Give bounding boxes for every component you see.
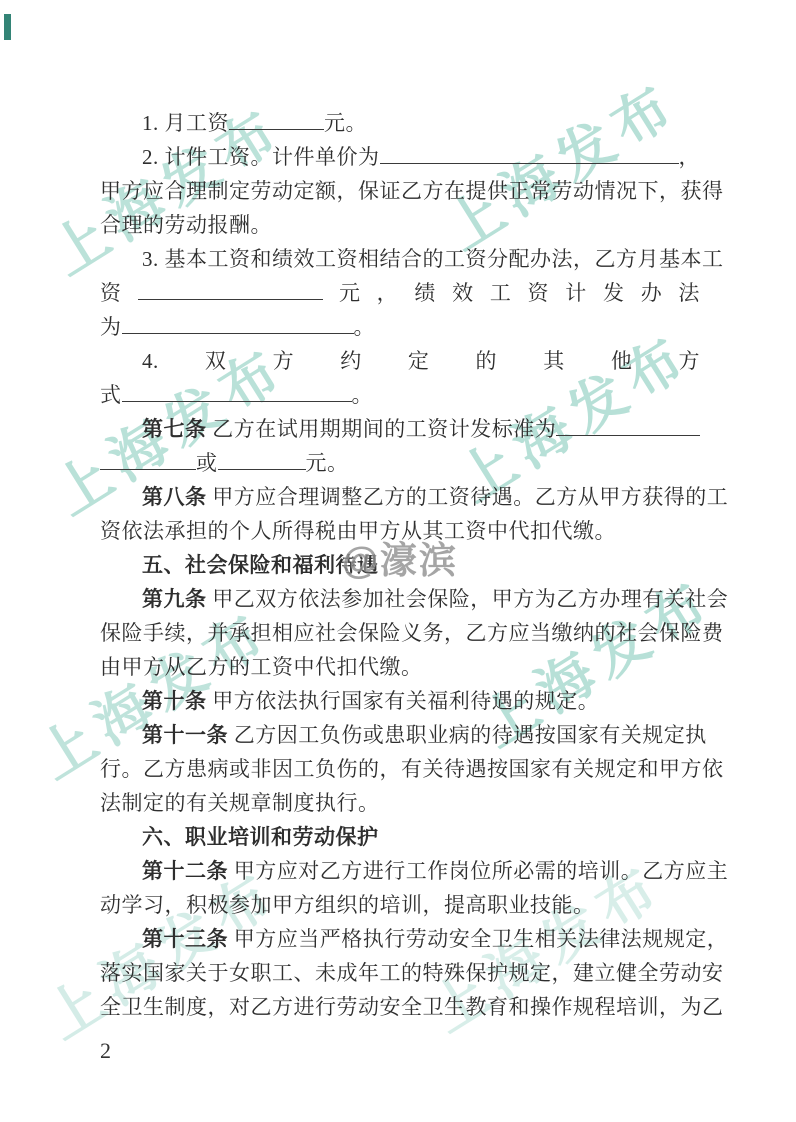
clause-text: 效 [452, 276, 474, 310]
doc-line: 全卫生制度，对乙方进行劳动安全卫生教育和操作规程培训，为乙 [100, 990, 700, 1024]
clause-text: 元。 [306, 451, 349, 475]
doc-line: 甲方应合理制定劳动定额，保证乙方在提供正常劳动情况下，获得 [100, 174, 700, 208]
blank-underline [229, 126, 324, 130]
clause-text: 乙方因工负伤或患职业病的待遇按国家有关规定执 [228, 723, 707, 747]
clause-heading-text: 第九条 [142, 588, 207, 611]
clause-text: 的 [476, 344, 498, 378]
clause-text: 甲乙双方依法参加社会保险，甲方为乙方办理有关社会 [207, 587, 729, 611]
clause-text: 法制定的有关规章制度执行。 [100, 791, 380, 815]
clause-text: 甲方依法执行国家有关福利待遇的规定。 [207, 689, 600, 713]
clause-text: ， [679, 140, 701, 174]
doc-line: 资元，绩效工资计发办法 [100, 276, 700, 310]
clause-text: ， [377, 276, 399, 310]
page-number: 2 [100, 1038, 111, 1064]
clause-text: 法 [678, 276, 700, 310]
clause-text: 绩 [414, 276, 436, 310]
clause-heading-text: 五、社会保险和福利待遇 [142, 554, 379, 577]
clause-text: 其 [543, 344, 565, 378]
doc-line: 第十二条 甲方应对乙方进行工作岗位所必需的培训。乙方应主 [100, 854, 700, 888]
clause-text: 2. 计件工资。计件单价为 [142, 140, 380, 174]
clause-heading-text: 第八条 [142, 486, 207, 509]
clause-text: 元 [339, 276, 361, 310]
clause-text: 4. [142, 344, 159, 378]
clause-text: 甲方应合理调整乙方的工资待遇。乙方从甲方获得的工 [207, 485, 729, 509]
doc-line: 1. 月工资元。 [100, 106, 700, 140]
clause-text: 为 [100, 315, 122, 339]
blank-underline [122, 398, 352, 402]
doc-line: 资依法承担的个人所得税由甲方从其工资中代扣代缴。 [100, 514, 700, 548]
clause-text: 保险手续，并承担相应社会保险义务，乙方应当缴纳的社会保险费 [100, 621, 724, 645]
clause-text: 甲方应合理制定劳动定额，保证乙方在提供正常劳动情况下，获得 [100, 179, 724, 203]
contract-text-body: 1. 月工资元。2. 计件工资。计件单价为，甲方应合理制定劳动定额，保证乙方在提… [100, 106, 700, 1024]
doc-line: 五、社会保险和福利待遇 [100, 548, 700, 582]
clause-text: 甲方应对乙方进行工作岗位所必需的培训。乙方应主 [228, 859, 728, 883]
clause-text: 办 [641, 276, 663, 310]
doc-line: 第八条 甲方应合理调整乙方的工资待遇。乙方从甲方获得的工 [100, 480, 700, 514]
doc-line: 六、职业培训和劳动保护 [100, 820, 700, 854]
clause-text: 他 [611, 344, 633, 378]
doc-line: 第十一条 乙方因工负伤或患职业病的待遇按国家有关规定执 [100, 718, 700, 752]
blank-underline [218, 466, 306, 470]
blank-underline [122, 330, 354, 334]
clause-text: 落实国家关于女职工、未成年工的特殊保护规定，建立健全劳动安 [100, 961, 724, 985]
clause-text: 方 [679, 344, 701, 378]
doc-line: 动学习，积极参加甲方组织的培训，提高职业技能。 [100, 888, 700, 922]
clause-text: 计 [565, 276, 587, 310]
clause-text: 行。乙方患病或非因工负伤的，有关待遇按国家有关规定和甲方依 [100, 757, 724, 781]
doc-line: 或元。 [100, 446, 700, 480]
scan-corner-mark [4, 14, 11, 40]
doc-line: 2. 计件工资。计件单价为， [100, 140, 700, 174]
doc-line: 3. 基本工资和绩效工资相结合的工资分配办法，乙方月基本工 [100, 242, 700, 276]
clause-heading-text: 第十条 [142, 690, 207, 713]
clause-text: 定 [408, 344, 430, 378]
blank-underline [100, 466, 196, 470]
doc-line: 第七条 乙方在试用期期间的工资计发标准为 [100, 412, 700, 446]
doc-line: 4.双方约定的其他方 [100, 344, 700, 378]
clause-text: 约 [340, 344, 362, 378]
doc-line: 落实国家关于女职工、未成年工的特殊保护规定，建立健全劳动安 [100, 956, 700, 990]
doc-line: 法制定的有关规章制度执行。 [100, 786, 700, 820]
clause-heading-text: 第十一条 [142, 724, 228, 747]
doc-line: 由甲方从乙方的工资中代扣代缴。 [100, 650, 700, 684]
clause-text: 由甲方从乙方的工资中代扣代缴。 [100, 655, 423, 679]
blank-underline [556, 432, 700, 436]
doc-line: 第九条 甲乙双方依法参加社会保险，甲方为乙方办理有关社会 [100, 582, 700, 616]
doc-line: 第十条 甲方依法执行国家有关福利待遇的规定。 [100, 684, 700, 718]
doc-line: 式。 [100, 378, 700, 412]
clause-text: 式 [100, 383, 122, 407]
clause-text: 方 [273, 344, 295, 378]
doc-line: 保险手续，并承担相应社会保险义务，乙方应当缴纳的社会保险费 [100, 616, 700, 650]
clause-heading-text: 六、职业培训和劳动保护 [142, 826, 379, 849]
clause-text: 1. 月工资 [142, 111, 229, 135]
clause-text: 。 [354, 315, 376, 339]
clause-text: 资依法承担的个人所得税由甲方从其工资中代扣代缴。 [100, 519, 616, 543]
clause-text: 资 [100, 276, 122, 310]
clause-text: 合理的劳动报酬。 [100, 213, 272, 237]
clause-text: 。 [352, 383, 374, 407]
blank-underline [138, 296, 323, 300]
clause-text: 工 [490, 276, 512, 310]
clause-text: 或 [196, 451, 218, 475]
clause-text: 全卫生制度，对乙方进行劳动安全卫生教育和操作规程培训，为乙 [100, 995, 724, 1019]
clause-text: 元。 [324, 111, 367, 135]
blank-underline [380, 160, 679, 164]
doc-line: 行。乙方患病或非因工负伤的，有关待遇按国家有关规定和甲方依 [100, 752, 700, 786]
doc-line: 第十三条 甲方应当严格执行劳动安全卫生相关法律法规规定， [100, 922, 700, 956]
doc-line: 合理的劳动报酬。 [100, 208, 700, 242]
clause-heading-text: 第十二条 [142, 860, 228, 883]
clause-heading-text: 第十三条 [142, 928, 228, 951]
clause-text: 动学习，积极参加甲方组织的培训，提高职业技能。 [100, 893, 595, 917]
doc-line: 为。 [100, 310, 700, 344]
clause-heading-text: 第七条 [142, 413, 207, 447]
clause-text: 乙方在试用期期间的工资计发标准为 [207, 412, 557, 446]
clause-text: 甲方应当严格执行劳动安全卫生相关法律法规规定， [228, 927, 728, 951]
clause-text: 双 [205, 344, 227, 378]
clause-text: 资 [528, 276, 550, 310]
clause-text: 发 [603, 276, 625, 310]
clause-text: 3. 基本工资和绩效工资相结合的工资分配办法，乙方月基本工 [142, 247, 724, 271]
document-page: 上海发布上海发布上海发布上海发布上海发布上海发布上海发布上海发布 1. 月工资元… [0, 0, 796, 1122]
